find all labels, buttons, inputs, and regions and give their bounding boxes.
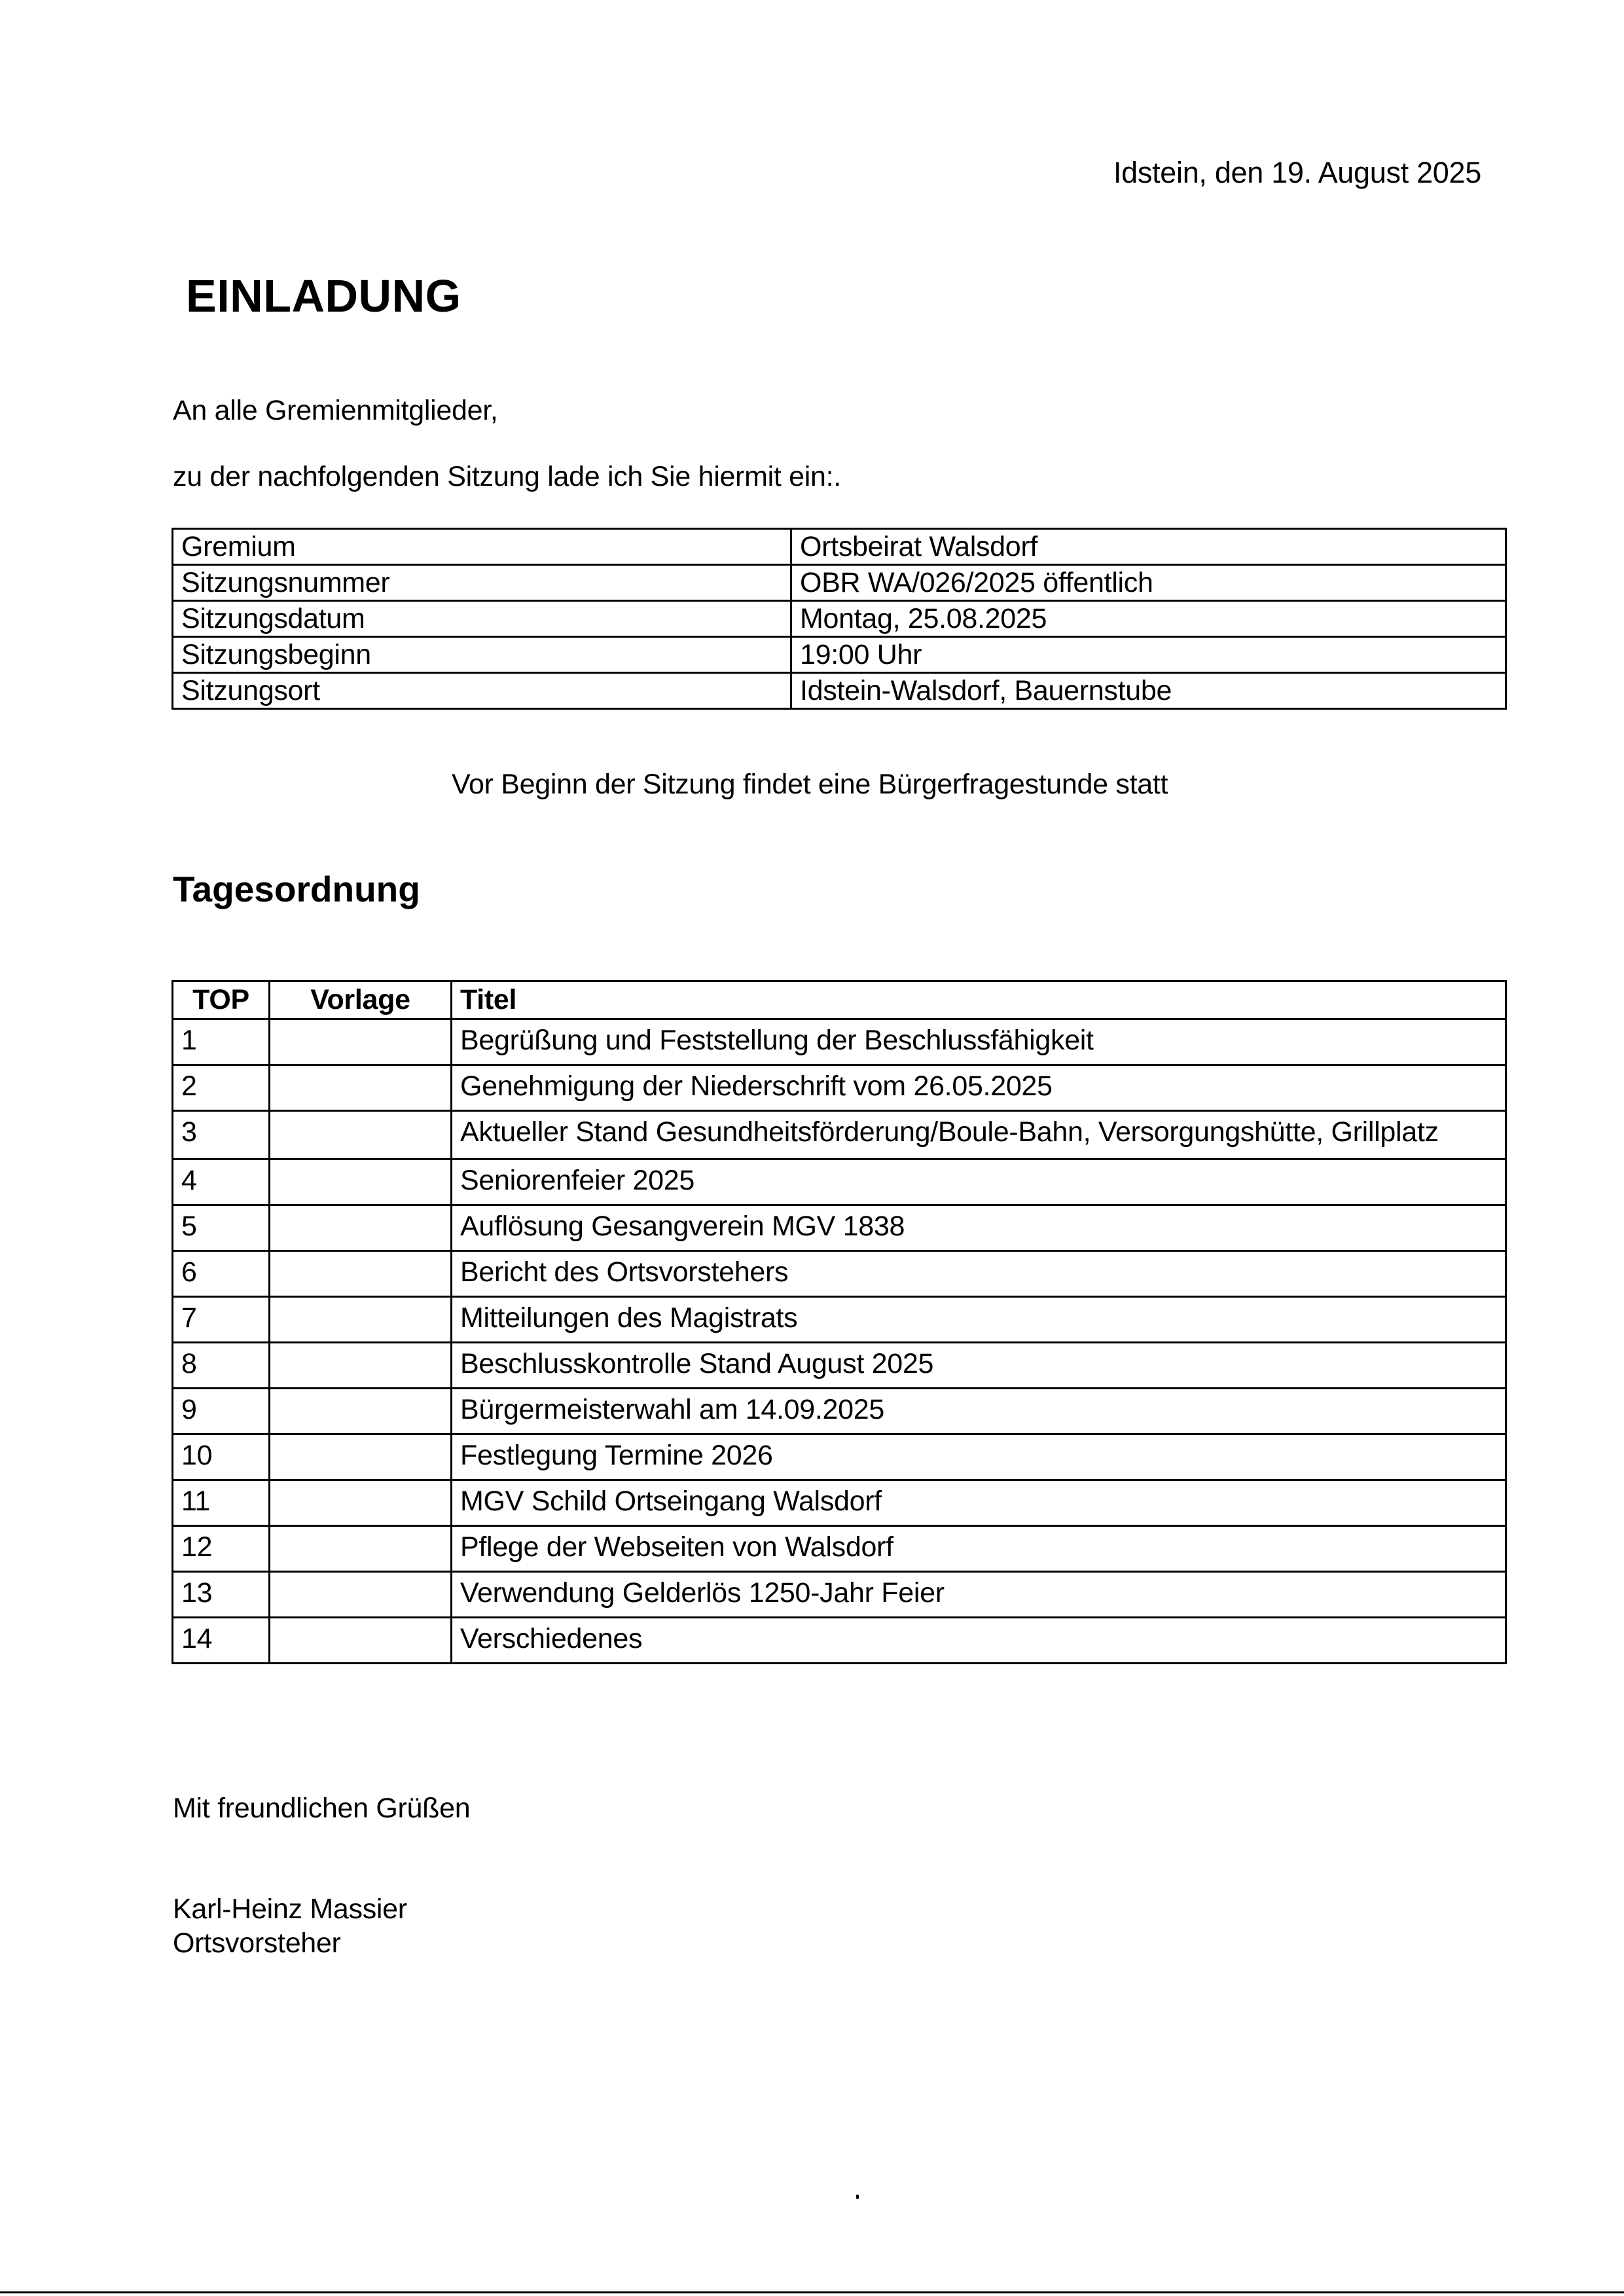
agenda-title: Bericht des Ortsvorstehers [452,1251,1506,1297]
meeting-info-value: OBR WA/026/2025 öffentlich [791,565,1506,601]
agenda-title: Beschlusskontrolle Stand August 2025 [452,1343,1506,1389]
agenda-vorlage [270,1297,452,1343]
agenda-title: Aktueller Stand Gesundheitsförderung/Bou… [452,1111,1506,1159]
meeting-info-value: Ortsbeirat Walsdorf [791,529,1506,565]
agenda-top-number: 4 [173,1159,270,1205]
meeting-info-row: GremiumOrtsbeirat Walsdorf [173,529,1506,565]
intro-text: zu der nachfolgenden Sitzung lade ich Si… [173,461,841,493]
meeting-info-label: Sitzungsbeginn [173,637,791,673]
meeting-info-value: Idstein-Walsdorf, Bauernstube [791,673,1506,709]
agenda-row: 3Aktueller Stand Gesundheitsförderung/Bo… [173,1111,1506,1159]
agenda-title: Festlegung Termine 2026 [452,1434,1506,1480]
agenda-vorlage [270,1251,452,1297]
agenda-title: Mitteilungen des Magistrats [452,1297,1506,1343]
meeting-info-table: GremiumOrtsbeirat WalsdorfSitzungsnummer… [171,528,1507,710]
agenda-top-number: 5 [173,1205,270,1251]
agenda-vorlage [270,1389,452,1434]
agenda-vorlage [270,1343,452,1389]
agenda-vorlage [270,1526,452,1572]
agenda-row: 9Bürgermeisterwahl am 14.09.2025 [173,1389,1506,1434]
agenda-vorlage [270,1019,452,1065]
agenda-title: Begrüßung und Feststellung der Beschluss… [452,1019,1506,1065]
agenda-row: 8Beschlusskontrolle Stand August 2025 [173,1343,1506,1389]
agenda-top-number: 6 [173,1251,270,1297]
greeting: An alle Gremienmitglieder, [173,395,498,427]
agenda-header-row: TOP Vorlage Titel [173,981,1506,1019]
meeting-info-value: Montag, 25.08.2025 [791,601,1506,637]
meeting-info-row: Sitzungsbeginn19:00 Uhr [173,637,1506,673]
agenda-row: 7Mitteilungen des Magistrats [173,1297,1506,1343]
closing-salutation: Mit freundlichen Grüßen [173,1793,470,1825]
scan-edge-line [0,2291,1624,2293]
signer-role: Ortsvorsteher [173,1927,341,1959]
agenda-top-number: 8 [173,1343,270,1389]
signer-name: Karl-Heinz Massier [173,1893,407,1925]
agenda-heading: Tagesordnung [173,868,420,910]
place-date: Idstein, den 19. August 2025 [1113,156,1481,190]
agenda-vorlage [270,1065,452,1111]
meeting-info-label: Sitzungsort [173,673,791,709]
agenda-top-number: 3 [173,1111,270,1159]
agenda-vorlage [270,1159,452,1205]
meeting-info-label: Gremium [173,529,791,565]
agenda-vorlage [270,1434,452,1480]
scan-speck [856,2195,859,2199]
agenda-top-number: 9 [173,1389,270,1434]
agenda-row: 11MGV Schild Ortseingang Walsdorf [173,1480,1506,1526]
agenda-row: 10Festlegung Termine 2026 [173,1434,1506,1480]
meeting-info-row: SitzungsdatumMontag, 25.08.2025 [173,601,1506,637]
agenda-title: Verschiedenes [452,1618,1506,1664]
agenda-table: TOP Vorlage Titel 1Begrüßung und Festste… [171,980,1507,1664]
agenda-row: 13Verwendung Gelderlös 1250-Jahr Feier [173,1572,1506,1618]
meeting-info-value: 19:00 Uhr [791,637,1506,673]
meeting-info-row: SitzungsortIdstein-Walsdorf, Bauernstube [173,673,1506,709]
agenda-top-number: 12 [173,1526,270,1572]
agenda-vorlage [270,1618,452,1664]
column-header-titel: Titel [452,981,1506,1019]
column-header-top: TOP [173,981,270,1019]
meeting-info-label: Sitzungsnummer [173,565,791,601]
agenda-top-number: 1 [173,1019,270,1065]
citizen-question-note: Vor Beginn der Sitzung findet eine Bürge… [452,769,1168,801]
meeting-info-row: SitzungsnummerOBR WA/026/2025 öffentlich [173,565,1506,601]
agenda-row: 1Begrüßung und Feststellung der Beschlus… [173,1019,1506,1065]
agenda-row: 12Pflege der Webseiten von Walsdorf [173,1526,1506,1572]
agenda-vorlage [270,1205,452,1251]
meeting-info-label: Sitzungsdatum [173,601,791,637]
agenda-title: Verwendung Gelderlös 1250-Jahr Feier [452,1572,1506,1618]
agenda-title: Seniorenfeier 2025 [452,1159,1506,1205]
agenda-row: 14Verschiedenes [173,1618,1506,1664]
agenda-top-number: 14 [173,1618,270,1664]
agenda-row: 4Seniorenfeier 2025 [173,1159,1506,1205]
agenda-title: MGV Schild Ortseingang Walsdorf [452,1480,1506,1526]
agenda-top-number: 11 [173,1480,270,1526]
agenda-title: Bürgermeisterwahl am 14.09.2025 [452,1389,1506,1434]
agenda-title: Genehmigung der Niederschrift vom 26.05.… [452,1065,1506,1111]
agenda-top-number: 13 [173,1572,270,1618]
agenda-vorlage [270,1111,452,1159]
agenda-title: Auflösung Gesangverein MGV 1838 [452,1205,1506,1251]
agenda-top-number: 2 [173,1065,270,1111]
agenda-vorlage [270,1480,452,1526]
column-header-vorlage: Vorlage [270,981,452,1019]
agenda-top-number: 7 [173,1297,270,1343]
agenda-row: 6Bericht des Ortsvorstehers [173,1251,1506,1297]
agenda-vorlage [270,1572,452,1618]
agenda-title: Pflege der Webseiten von Walsdorf [452,1526,1506,1572]
agenda-top-number: 10 [173,1434,270,1480]
document-title: EINLADUNG [186,270,461,322]
agenda-row: 2Genehmigung der Niederschrift vom 26.05… [173,1065,1506,1111]
agenda-row: 5Auflösung Gesangverein MGV 1838 [173,1205,1506,1251]
